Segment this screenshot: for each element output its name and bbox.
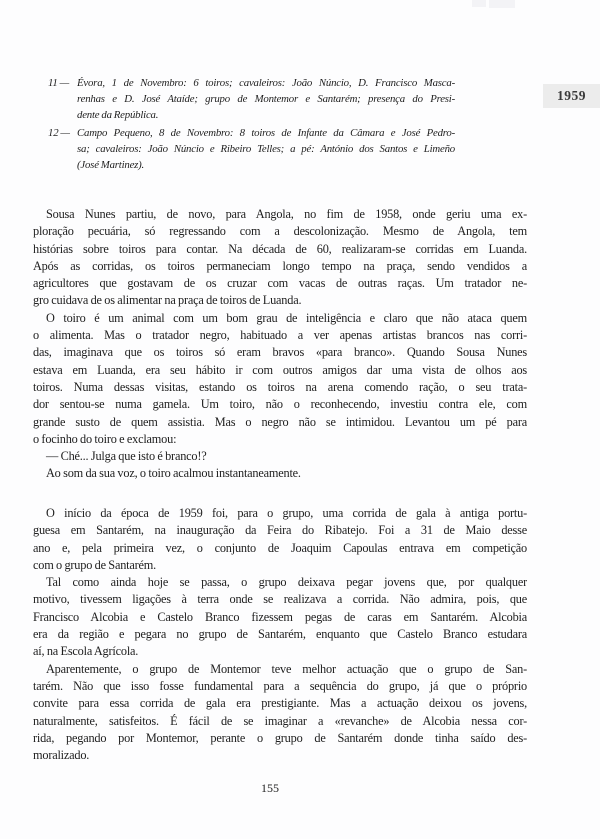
text-line: rida, pegando por Montemor, perante o gr…: [33, 730, 527, 747]
list-item: 11 —Évora, 1 de Novembro: 6 toiros; cava…: [48, 76, 455, 124]
text-line: convite para essa corrida de gala era pr…: [33, 695, 527, 712]
list-item: 12 —Campo Pequeno, 8 de Novembro: 8 toir…: [48, 126, 455, 174]
text-line: Ao som da sua voz, o toiro acalmou insta…: [33, 465, 527, 482]
text-line: grande susto de quem assistia. Mas o neg…: [33, 414, 527, 431]
text-line: com o grupo de Santarém.: [33, 557, 527, 574]
text-line: O início da época de 1959 foi, para o gr…: [33, 505, 527, 522]
page-number: 155: [30, 781, 510, 796]
paragraph: Ao som da sua voz, o toiro acalmou insta…: [33, 465, 527, 482]
text-line: agricultores que gostavam de os cruzar c…: [33, 275, 527, 292]
text-line: naturalmente, satisfeitos. É fácil de se…: [33, 713, 527, 730]
list-item-marker: 11 —: [48, 76, 69, 92]
text-line: ano e, pela primeira vez, o conjunto de …: [33, 540, 527, 557]
text-line: — Ché... Julga que isto é branco!?: [33, 448, 527, 465]
book-page: 1959 11 —Évora, 1 de Novembro: 6 toiros;…: [0, 0, 600, 839]
text-line: estava em Luanda, era seu hábito ir com …: [33, 362, 527, 379]
text-line: Francisco Alcobia e Castelo Branco fizes…: [33, 609, 527, 626]
text-line: histórias sobre toiros para contar. Na d…: [33, 241, 527, 258]
text-line: O toiro é um animal com um bom grau de i…: [33, 310, 527, 327]
text-line: toiros. Numa dessas visitas, estando os …: [33, 379, 527, 396]
text-line: (José Martinez).: [77, 158, 455, 174]
list-item-marker: 12 —: [48, 126, 70, 142]
text-line: dente da República.: [77, 108, 455, 124]
text-line: moralizado.: [33, 747, 527, 764]
paragraph: Aparentemente, o grupo de Montemor teve …: [33, 661, 527, 765]
text-line: renhas e D. José Ataíde; grupo de Montem…: [77, 92, 455, 108]
text-line: dor sentou-se numa gamela. Um toiro, não…: [33, 396, 527, 413]
body-section-1: Sousa Nunes partiu, de novo, para Angola…: [33, 206, 527, 483]
text-line: gro cuidava de os alimentar na praça de …: [33, 292, 527, 309]
chronicle-list: 11 —Évora, 1 de Novembro: 6 toiros; cava…: [48, 76, 455, 175]
text-line: Évora, 1 de Novembro: 6 toiros; cavaleir…: [77, 76, 455, 92]
year-tab-badge: 1959: [543, 84, 600, 108]
text-line: Após as corridas, os toiros permaneciam …: [33, 258, 527, 275]
text-line: das, imaginava que os toiros só eram bra…: [33, 344, 527, 361]
text-line: aí, na Escola Agrícola.: [33, 643, 527, 660]
scan-artifact-2: [489, 0, 515, 8]
paragraph: O toiro é um animal com um bom grau de i…: [33, 310, 527, 448]
text-line: motivo, tivessem ligações à terra onde s…: [33, 591, 527, 608]
text-line: ploração pecuária, só regressando com a …: [33, 223, 527, 240]
body-section-2: O início da época de 1959 foi, para o gr…: [33, 505, 527, 764]
text-line: o alimenta. Mas o tratador negro, habitu…: [33, 327, 527, 344]
text-line: era da região e pegara no grupo de Santa…: [33, 626, 527, 643]
text-line: Campo Pequeno, 8 de Novembro: 8 toiros d…: [77, 126, 455, 142]
paragraph: — Ché... Julga que isto é branco!?: [33, 448, 527, 465]
text-line: Aparentemente, o grupo de Montemor teve …: [33, 661, 527, 678]
paragraph: Tal como ainda hoje se passa, o grupo de…: [33, 574, 527, 660]
text-line: sa; cavaleiros: João Núncio e Ribeiro Te…: [77, 142, 455, 158]
scan-artifact-1: [472, 0, 486, 7]
paragraph: O início da época de 1959 foi, para o gr…: [33, 505, 527, 574]
text-line: o focinho do toiro e exclamou:: [33, 431, 527, 448]
text-line: Sousa Nunes partiu, de novo, para Angola…: [33, 206, 527, 223]
text-line: tarém. Não que isso fosse fundamental pa…: [33, 678, 527, 695]
text-line: Tal como ainda hoje se passa, o grupo de…: [33, 574, 527, 591]
text-line: guesa em Santarém, na inauguração da Fei…: [33, 522, 527, 539]
paragraph: Sousa Nunes partiu, de novo, para Angola…: [33, 206, 527, 310]
